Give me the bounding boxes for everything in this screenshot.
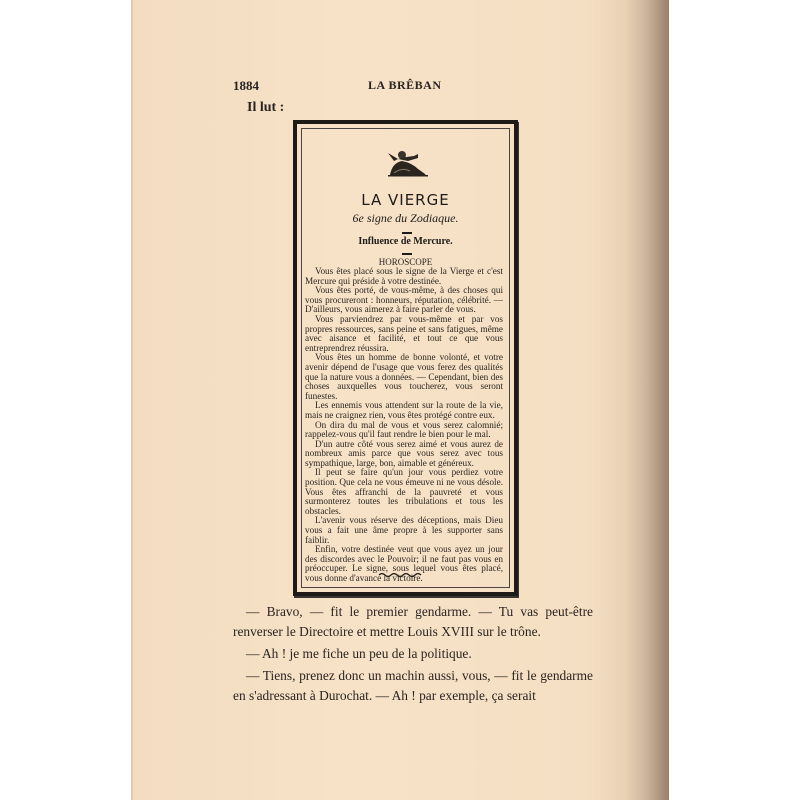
horoscope-paragraph: On dira du mal de vous et vous serez cal… [305, 421, 503, 440]
running-title: LA BRÊBAN [368, 78, 442, 93]
horoscope-box: LA VIERGE 6e signe du Zodiaque. Influenc… [293, 120, 518, 596]
running-header: 1884 LA BRÊBAN [233, 78, 613, 98]
horoscope-paragraph: Vous êtes porté, de vous-même, à des cho… [305, 286, 503, 315]
body-text: — Bravo, — fit le premier gendarme. — Tu… [233, 602, 593, 708]
body-paragraph: — Ah ! je me fiche un peu de la politiqu… [233, 644, 593, 664]
influence-line: Influence de Mercure. [302, 236, 509, 247]
virgo-figure-emblem-icon [374, 145, 434, 181]
sign-subtitle: 6e signe du Zodiaque. [302, 211, 509, 226]
divider [402, 253, 412, 255]
intro-line: Il lut : [247, 100, 284, 116]
horoscope-paragraph: D'un autre côté vous serez aimé et vous … [305, 440, 503, 469]
horoscope-paragraph: Il peut se faire qu'un jour vous perdiez… [305, 468, 503, 516]
page-edge [131, 0, 133, 800]
squiggle-ornament-icon [378, 571, 422, 579]
horoscope-paragraph: Vous êtes placé sous le signe de la Vier… [305, 267, 503, 286]
horoscope-inner-frame: LA VIERGE 6e signe du Zodiaque. Influenc… [301, 128, 510, 588]
horoscope-text: Vous êtes placé sous le signe de la Vier… [305, 267, 503, 584]
horoscope-paragraph: Vous êtes un homme de bonne volonté, et … [305, 353, 503, 401]
body-paragraph: — Tiens, prenez donc un machin aussi, vo… [233, 666, 593, 706]
sign-title: LA VIERGE [302, 191, 509, 209]
page-number: 1884 [233, 78, 259, 94]
horoscope-paragraph: L'avenir vous réserve des déceptions, ma… [305, 516, 503, 545]
horoscope-paragraph: Vous parviendrez par vous-même et par vo… [305, 315, 503, 353]
body-paragraph: — Bravo, — fit le premier gendarme. — Tu… [233, 602, 593, 642]
horoscope-paragraph: Les ennemis vous attendent sur la route … [305, 401, 503, 420]
divider [402, 232, 412, 234]
